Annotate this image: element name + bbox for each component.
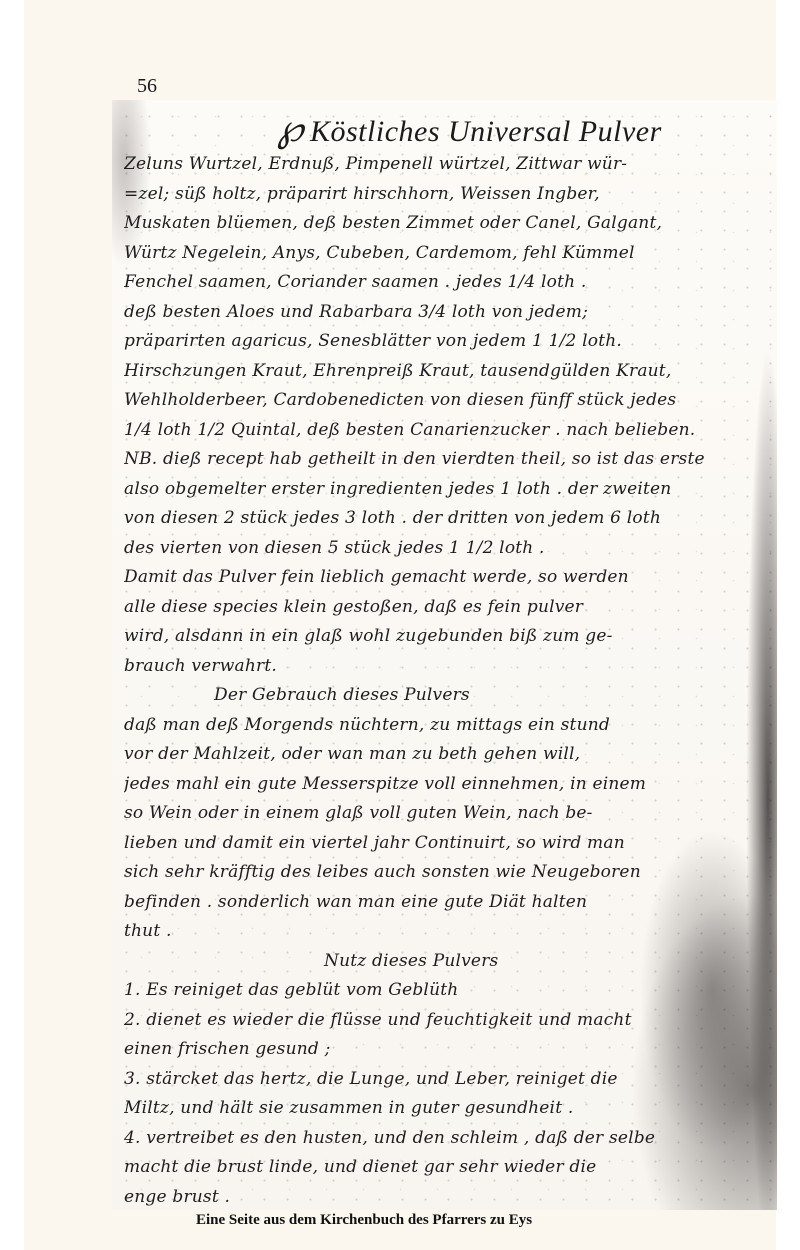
page-number: 56 xyxy=(137,75,157,98)
effects-line: 2. dienet es wieder die flüsse und feuch… xyxy=(124,1006,764,1036)
usage-line: befinden . sonderlich wan man eine gute … xyxy=(124,888,764,918)
recipe-line: =zel; süß holtz, präparirt hirschhorn, W… xyxy=(124,180,764,210)
recipe-line: Würtz Negelein, Anys, Cubeben, Cardemom,… xyxy=(124,239,764,269)
recipe-line: präparirten agaricus, Senesblätter von j… xyxy=(124,327,764,357)
recipe-line: NB. dieß recept hab getheilt in den vier… xyxy=(124,445,764,475)
recipe-line: Hirschzungen Kraut, Ehrenpreiß Kraut, ta… xyxy=(124,357,764,387)
recipe-line: Fenchel saamen, Coriander saamen . jedes… xyxy=(124,268,764,298)
recipe-line: wird, alsdann in ein glaß wohl zugebunde… xyxy=(124,622,764,652)
effects-line: 4. vertreibet es den husten, und den sch… xyxy=(124,1124,764,1154)
book-page: 56 ℘Köstliches Universal Pulver Zeluns W… xyxy=(24,0,776,1250)
recipe-line: Damit das Pulver fein lieblich gemacht w… xyxy=(124,563,764,593)
usage-line: lieben und damit ein viertel jahr Contin… xyxy=(124,829,764,859)
effects-line: 3. stärcket das hertz, die Lunge, und Le… xyxy=(124,1065,764,1095)
recipe-line: Zeluns Wurtzel, Erdnuß, Pimpenell würtze… xyxy=(124,150,764,180)
manuscript-title: ℘Köstliches Universal Pulver xyxy=(277,106,662,151)
usage-line: vor der Mahlzeit, oder wan man zu beth g… xyxy=(124,740,764,770)
usage-line: so Wein oder in einem glaß voll guten We… xyxy=(124,799,764,829)
effects-line: enge brust . xyxy=(124,1183,764,1211)
manuscript-scan: ℘Köstliches Universal Pulver Zeluns Wurt… xyxy=(112,100,777,1210)
recipe-line: brauch verwahrt. xyxy=(124,652,764,682)
recipe-line: des vierten von diesen 5 stück jedes 1 1… xyxy=(124,534,764,564)
usage-heading: Der Gebrauch dieses Pulvers xyxy=(124,681,764,711)
effects-line: Miltz, und hält sie zusammen in guter ge… xyxy=(124,1094,764,1124)
recipe-line: deß besten Aloes und Rabarbara 3/4 loth … xyxy=(124,298,764,328)
figure-caption: Eine Seite aus dem Kirchenbuch des Pfarr… xyxy=(196,1212,532,1229)
title-flourish-icon: ℘ xyxy=(277,108,304,150)
usage-line: thut . xyxy=(124,917,764,947)
recipe-line: 1/4 loth 1/2 Quintal, deß besten Canarie… xyxy=(124,416,764,446)
recipe-line: also obgemelter erster ingredienten jede… xyxy=(124,475,764,505)
usage-line: daß man deß Morgends nüchtern, zu mittag… xyxy=(124,711,764,741)
title-text: Köstliches Universal Pulver xyxy=(310,115,662,148)
recipe-line: alle diese species klein gestoßen, daß e… xyxy=(124,593,764,623)
effects-line: 1. Es reiniget das geblüt vom Geblüth xyxy=(124,976,764,1006)
effects-line: macht die brust linde, und dienet gar se… xyxy=(124,1153,764,1183)
effects-line: einen frischen gesund ; xyxy=(124,1035,764,1065)
recipe-line: Wehlholderbeer, Cardobenedicten von dies… xyxy=(124,386,764,416)
usage-line: sich sehr kräfftig des leibes auch sonst… xyxy=(124,858,764,888)
effects-heading: Nutz dieses Pulvers xyxy=(124,947,764,977)
recipe-line: Muskaten blüemen, deß besten Zimmet oder… xyxy=(124,209,764,239)
usage-line: jedes mahl ein gute Messerspitze voll ei… xyxy=(124,770,764,800)
manuscript-body: Zeluns Wurtzel, Erdnuß, Pimpenell würtze… xyxy=(124,150,764,1210)
recipe-line: von diesen 2 stück jedes 3 loth . der dr… xyxy=(124,504,764,534)
